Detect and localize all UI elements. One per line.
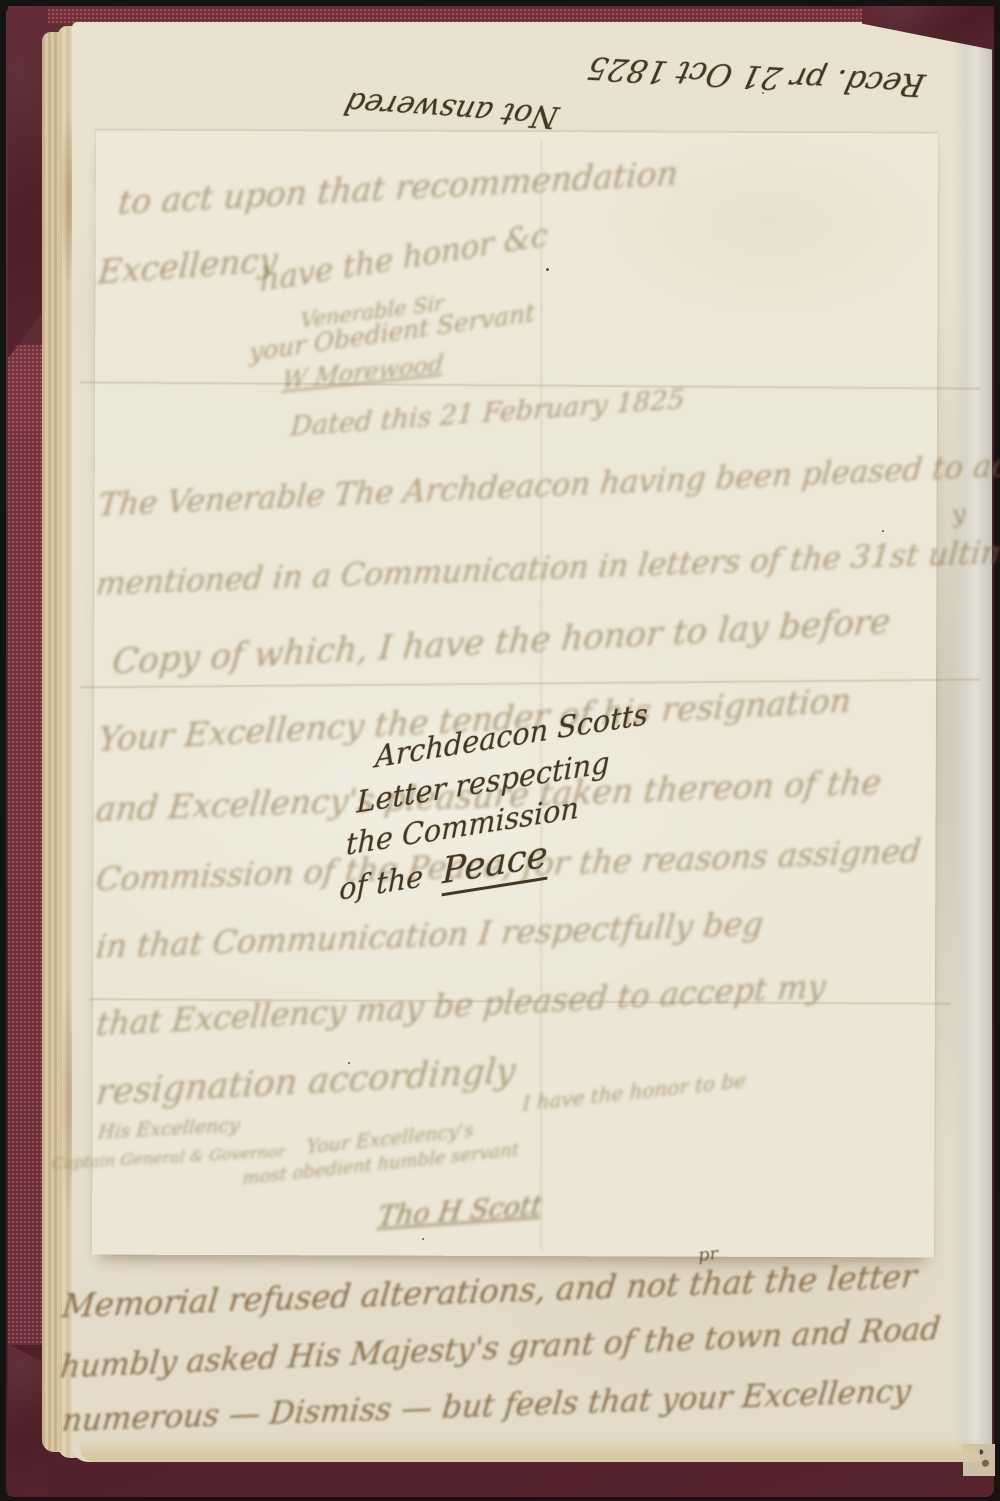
foxing-speck [546, 268, 549, 271]
book-cover-cloth-left-strip [8, 345, 44, 1345]
foxing-speck [422, 1238, 424, 1240]
fold-crease-vertical [540, 140, 543, 1250]
foxing-speck [762, 92, 764, 94]
base-page-bottom-edge [80, 1438, 980, 1462]
photograph-of-open-volume: Recd. pr 21 Oct 1825 Not answered to act… [0, 0, 1000, 1501]
foxing-speck [882, 530, 884, 532]
foxing-speck [348, 1062, 350, 1064]
gutter-page-curve [952, 40, 992, 1455]
bleedthrough-small-mark: pr [697, 1243, 719, 1266]
